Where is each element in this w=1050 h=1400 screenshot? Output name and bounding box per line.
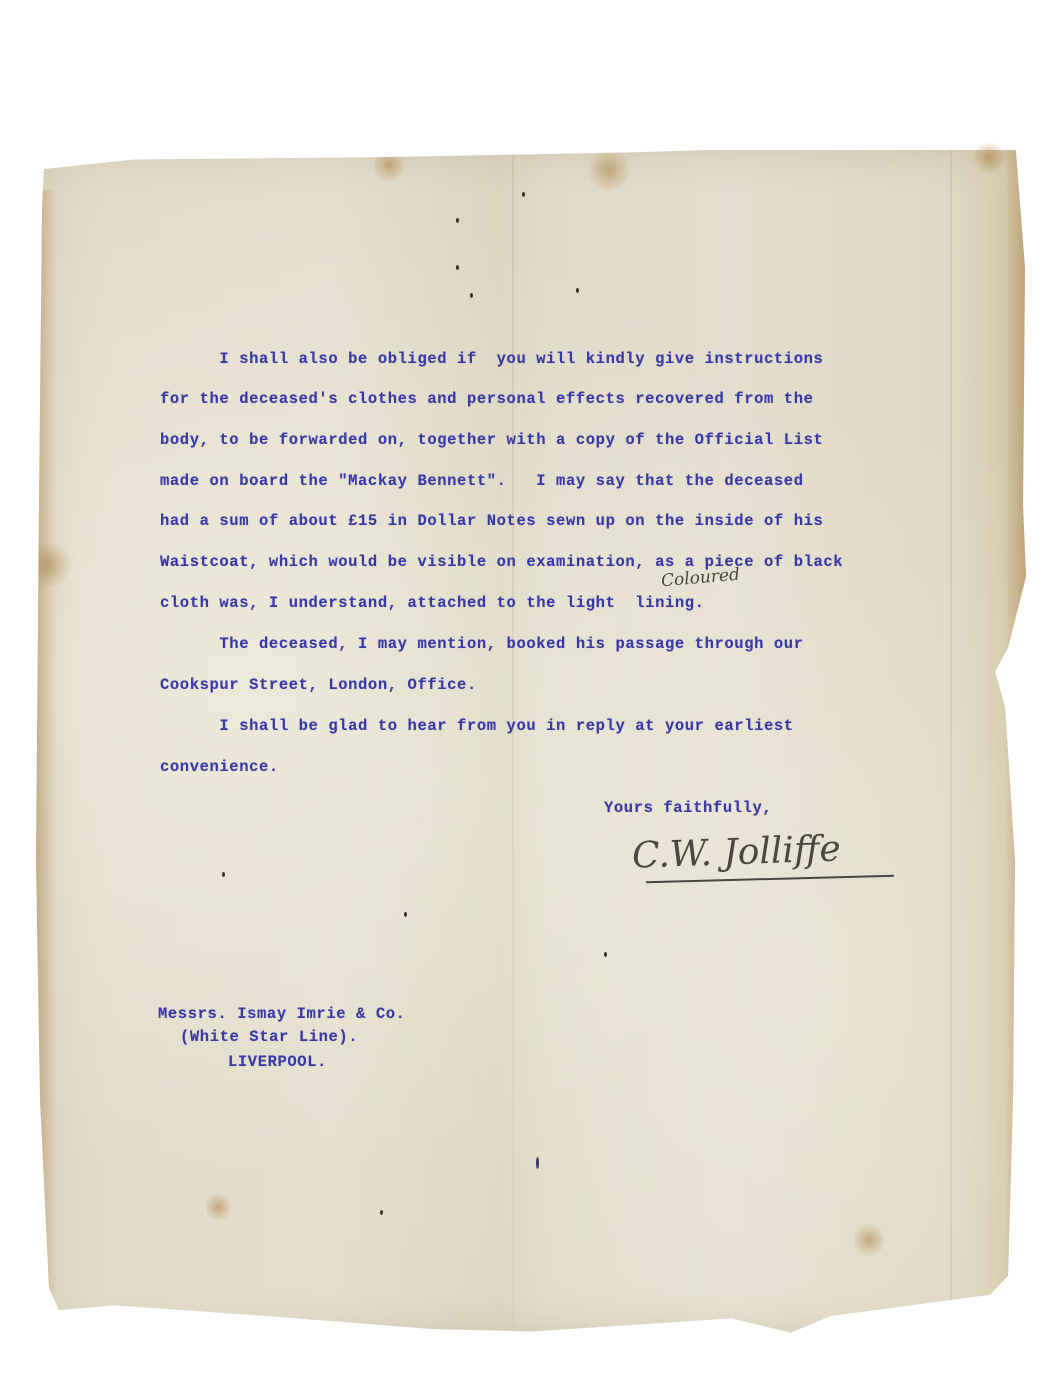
signature: C.W. Jolliffe (631, 828, 841, 876)
body-line: had a sum of about £15 in Dollar Notes s… (160, 512, 823, 530)
closing: Yours faithfully, (604, 799, 772, 817)
recipient-line-3: LIVERPOOL. (228, 1053, 327, 1071)
letter-page: I shall also be obliged if you will kind… (34, 150, 1030, 1335)
speck (522, 192, 525, 197)
stain-top (589, 145, 629, 195)
stain-top-right (974, 140, 1004, 175)
speck (576, 288, 579, 293)
edge-stain-left (34, 190, 56, 1310)
stain-bottom-left (206, 1190, 230, 1224)
speck (456, 265, 459, 270)
body-line: made on board the "Mackay Bennett". I ma… (160, 472, 804, 490)
photo-stage: I shall also be obliged if you will kind… (0, 0, 1050, 1400)
speck (222, 872, 225, 877)
fold-crease (512, 150, 514, 1335)
recipient-line-1: Messrs. Ismay Imrie & Co. (158, 1005, 406, 1023)
signature-underline (646, 875, 894, 883)
page-mark (536, 1157, 539, 1169)
body-line: convenience. (160, 758, 279, 776)
body-line: body, to be forwarded on, together with … (160, 431, 823, 449)
body-line: for the deceased's clothes and personal … (160, 390, 814, 408)
body-line: cloth was, I understand, attached to the… (160, 594, 705, 612)
fold-crease-right (950, 150, 952, 1335)
speck (604, 952, 607, 957)
speck (456, 218, 459, 223)
body-line: I shall also be obliged if you will kind… (160, 350, 823, 368)
speck (380, 1210, 383, 1215)
speck (404, 912, 407, 917)
recipient-line-2: (White Star Line). (180, 1028, 358, 1046)
stain-bottom-right (854, 1220, 884, 1260)
body-line: Waistcoat, which would be visible on exa… (160, 553, 843, 571)
body-line: Cookspur Street, London, Office. (160, 676, 477, 694)
body-line: I shall be glad to hear from you in repl… (160, 717, 794, 735)
body-line: The deceased, I may mention, booked his … (160, 635, 804, 653)
stain-top-left (374, 145, 404, 185)
edge-stain-right (1004, 150, 1030, 1300)
speck (470, 293, 473, 298)
